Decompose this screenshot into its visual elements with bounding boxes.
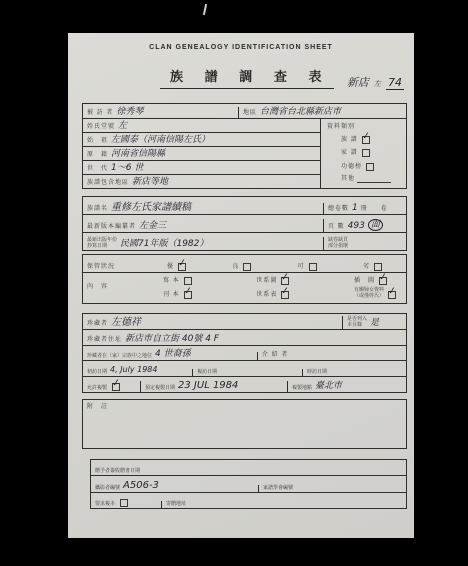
time-visit-cell: 時訪日期 — [302, 369, 406, 376]
category-family-genealogy-label: 家 譜 — [341, 150, 358, 157]
material-category-box: 資料類別 族 譜 ✓ 家 譜 ✓ 功德榜 ✓ 其他 — [320, 119, 406, 188]
condition-good-checkbox: ✓ — [243, 263, 251, 271]
donor-row: 贈予者簽收贈書日期 — [91, 460, 406, 476]
pages-value: 493 — [348, 221, 365, 231]
annotation-surname: 左 — [374, 80, 381, 88]
copy-date-label: 預定複製日期 — [145, 385, 175, 391]
interviewee-label: 被 訪 者 — [87, 110, 113, 117]
printed-label: 刊 本 — [163, 292, 180, 299]
volumes-unit-ce: 冊 — [361, 206, 368, 213]
owner-position-cell: 珍藏者在（家）宗族中之地位 4 世裔孫 — [83, 349, 257, 360]
owner-address-label: 珍藏者住址 — [87, 337, 122, 344]
check-icon: ✓ — [111, 378, 120, 390]
origin-label: 原 籍 — [87, 152, 108, 159]
lineage-table-checkbox: ✓ — [281, 291, 289, 299]
volumes-label: 總卷數 — [328, 206, 349, 213]
check-icon: ✓ — [361, 131, 370, 143]
photographer-number-label: 攝影者編號 — [95, 485, 120, 491]
pages-cell: 頁 數 493 面 — [323, 219, 406, 232]
copy-permission-row: 允許複製 ✓ 預定複製日期 23 JUL 1984 複製地點 臺北市 — [83, 377, 406, 392]
annotation-place: 新店 — [347, 76, 369, 89]
owner-address-value: 新店市自立街 40號 4 F — [125, 334, 219, 344]
category-other-label: 其他 — [341, 176, 355, 183]
owner-position-value: 4 世裔孫 — [155, 349, 191, 359]
first-ancestor-cell: 始 祖 左國泰（河南信陽左氏） — [83, 135, 213, 146]
society-number-label: 家譜學會編號 — [263, 485, 293, 491]
table-row: 族譜名 重修左氏家譜續稿 總卷數 1 冊 卷 — [83, 197, 406, 215]
table-row: 最新出版年份 抄寫日期 民國71年版（1982） 缺卷缺頁 部分損壞 — [83, 233, 406, 250]
owner-label: 珍藏者 — [87, 321, 108, 328]
copy-date-cell: 預定複製日期 23 JUL 1984 — [140, 381, 287, 392]
table-notes: 附 註 — [82, 399, 407, 449]
missing-pages-cell: 缺卷缺頁 部分損壞 — [323, 237, 406, 250]
compiler-cell: 最新版本編纂者 左金三 — [83, 221, 323, 232]
notes-label: 附 註 — [87, 404, 108, 411]
origin-cell: 原 籍 河南省信陽縣 — [83, 149, 168, 160]
women-data-checkbox: ✓ — [388, 291, 396, 299]
first-visit-label: 初訪日期 — [87, 369, 107, 375]
contents-label-cell: 內 容 — [83, 284, 163, 292]
request-copy-checkbox: ✓ — [120, 499, 128, 507]
generations-cell: 世 代 1～6 世 — [83, 163, 146, 174]
condition-excellent-label: 優 — [167, 264, 174, 271]
table-row: 最新版本編纂者 左金三 頁 數 493 面 — [83, 215, 406, 233]
surname-label: 姓氏堂號 — [87, 124, 115, 131]
condition-row: 保管狀況 優✓ 良✓ 可✓ 劣✓ — [83, 255, 406, 273]
check-icon: ✓ — [281, 272, 290, 284]
handwritten-file-annotation: 新店 左 74 — [347, 71, 404, 90]
check-icon: ✓ — [378, 272, 387, 284]
generations-label: 世 代 — [87, 166, 108, 173]
check-icon: ✓ — [281, 286, 290, 298]
pages-label: 頁 數 — [328, 224, 345, 231]
condition-poor-checkbox: ✓ — [374, 263, 382, 271]
copy-permission-label: 允許複製 — [87, 385, 107, 391]
owner-row: 珍藏者 左德祥 是否列入 本目錄 是 — [83, 314, 406, 330]
condition-label-cell: 保管狀況 — [83, 264, 163, 272]
genealogy-title-value: 重修左氏家譜續稿 — [111, 203, 191, 213]
photographer-number-cell: 攝影者編號 A506-3 — [91, 481, 258, 492]
table-row: 世 代 1～6 世 — [83, 161, 320, 175]
clan-genealogy-checkbox: ✓ — [362, 136, 370, 144]
listed-value: 是 — [370, 318, 379, 328]
owner-position-label: 珍藏者在（家）宗族中之地位 — [87, 353, 152, 359]
copy-date-value: 23 JUL 1984 — [178, 381, 238, 391]
region-cell: 地區 台灣省台北縣新店市 — [238, 107, 406, 118]
condition-poor-label: 劣 — [363, 264, 370, 271]
interviewee-cell: 被 訪 者 徐秀琴 — [83, 107, 238, 118]
volumes-unit-juan: 卷 — [381, 206, 388, 213]
table-clan-info: 被 訪 者 徐秀琴 地區 台灣省台北縣新店市 姓氏堂號 左 始 祖 — [82, 103, 407, 189]
owner-address-cell: 珍藏者住址 新店市自立街 40號 4 F — [83, 334, 222, 345]
condition-good-label: 良 — [232, 264, 239, 271]
table-owner-visits: 珍藏者 左德祥 是否列入 本目錄 是 珍藏者住址 新店市自立街 40號 4 F … — [82, 313, 407, 393]
merit-board-checkbox: ✓ — [366, 163, 374, 171]
manuscript-checkbox: ✓ — [184, 277, 192, 285]
area-covered-label: 族譜包含地區 — [87, 180, 129, 187]
table-row: 族譜包含地區 新店等地 — [83, 175, 320, 188]
table-edition-info: 族譜名 重修左氏家譜續稿 總卷數 1 冊 卷 最新版本編纂者 左金三 頁 數 4… — [82, 196, 407, 251]
illustrations-checkbox: ✓ — [379, 277, 387, 285]
category-merit-board-label: 功德榜 — [341, 164, 362, 171]
lineage-table-label: 世系表 — [256, 292, 277, 299]
owner-cell: 珍藏者 左德祥 — [83, 318, 342, 329]
genealogy-form-sheet: CLAN GENEALOGY IDENTIFICATION SHEET 族 譜 … — [68, 33, 414, 538]
genealogy-title-cell: 族譜名 重修左氏家譜續稿 — [83, 203, 323, 214]
condition-fair-label: 可 — [298, 264, 305, 271]
first-visit-cell: 初訪日期 4, July 1984 — [83, 365, 192, 376]
interviewee-value: 徐秀琴 — [116, 107, 143, 117]
form-title-english: CLAN GENEALOGY IDENTIFICATION SHEET — [68, 44, 414, 51]
copy-place-cell: 複製地點 臺北市 — [287, 381, 406, 392]
contents-label: 內 容 — [87, 284, 108, 291]
donor-date-cell: 贈予者簽收贈書日期 — [91, 468, 143, 475]
revisit-cell: 複訪日期 — [192, 369, 302, 376]
photo-of-document: { "photo": { "background": "#000000", "p… — [0, 0, 468, 566]
donor-date-label: 贈予者簽收贈書日期 — [95, 468, 140, 474]
origin-value: 河南省信陽縣 — [111, 149, 165, 159]
table-row: 原 籍 河南省信陽縣 — [83, 147, 320, 161]
mailing-address-label: 寄贈地址 — [166, 501, 186, 507]
first-visit-value: 4, July 1984 — [110, 365, 157, 375]
owner-value: 左德祥 — [111, 318, 141, 328]
request-copy-label: 要求複本 — [95, 501, 115, 507]
film-scratch-mark — [203, 4, 207, 15]
numbers-row: 攝影者編號 A506-3 家譜學會編號 — [91, 476, 406, 492]
listed-label-line2: 本目錄 — [347, 322, 367, 328]
compiler-label: 最新版本編纂者 — [87, 224, 136, 231]
illustrations-label: 插 圖 — [354, 278, 375, 285]
check-icon: ✓ — [183, 286, 192, 298]
surname-value: 左 — [118, 121, 127, 131]
mailing-address-cell: 寄贈地址 — [161, 501, 406, 508]
publication-year-value: 民國71年版（1982） — [120, 239, 208, 249]
region-value: 台灣省台北縣新店市 — [260, 107, 341, 117]
request-copy-row: 要求複本 ✓ 寄贈地址 — [91, 493, 406, 508]
table-admin: 贈予者簽收贈書日期 攝影者編號 A506-3 家譜學會編號 要求複本 ✓ 寄贈地… — [90, 459, 407, 509]
genealogy-title-label: 族譜名 — [87, 206, 108, 213]
listed-cell: 是否列入 本目錄 是 — [342, 316, 406, 329]
volumes-value: 1 — [352, 203, 358, 213]
lineage-chart-checkbox: ✓ — [281, 277, 289, 285]
table-row: 被 訪 者 徐秀琴 地區 台灣省台北縣新店市 — [83, 104, 406, 119]
category-clan-genealogy-label: 族 譜 — [341, 137, 358, 144]
introducer-cell: 介 紹 者 — [257, 352, 406, 360]
copy-place-value: 臺北市 — [315, 381, 342, 391]
annotation-number: 74 — [386, 76, 404, 90]
area-covered-cell: 族譜包含地區 新店等地 — [83, 177, 171, 188]
generations-value: 1～6 世 — [111, 163, 143, 173]
printed-checkbox: ✓ — [184, 291, 192, 299]
introducer-label: 介 紹 者 — [262, 352, 288, 359]
form-title-chinese: 族 譜 調 查 表 — [160, 66, 334, 89]
family-genealogy-checkbox: ✓ — [362, 149, 370, 157]
notes-cell: 附 註 — [83, 400, 111, 412]
volumes-cell: 總卷數 1 冊 卷 — [323, 203, 406, 214]
surname-cell: 姓氏堂號 左 — [83, 121, 130, 132]
copy-permission-cell: 允許複製 ✓ — [83, 383, 140, 392]
table-row: 始 祖 左國泰（河南信陽左氏） — [83, 133, 320, 147]
request-copy-cell: 要求複本 ✓ — [91, 499, 161, 508]
copy-date-label: 抄寫日期 — [87, 243, 117, 249]
table-row: 姓氏堂號 左 — [83, 119, 320, 133]
region-label: 地區 — [243, 110, 257, 117]
condition-excellent-checkbox: ✓ — [178, 263, 186, 271]
condition-fair-checkbox: ✓ — [309, 263, 317, 271]
first-ancestor-label: 始 祖 — [87, 138, 108, 145]
notes-row: 附 註 — [83, 400, 406, 448]
check-icon: ✓ — [177, 258, 186, 270]
revisit-label: 複訪日期 — [197, 369, 217, 375]
category-label: 資料類別 — [327, 124, 400, 131]
lineage-chart-label: 世系圖 — [256, 278, 277, 285]
women-data-sublabel: （或僅姓氏） — [354, 293, 384, 299]
other-blank-line — [357, 176, 391, 183]
society-number-cell: 家譜學會編號 — [258, 485, 406, 492]
area-covered-value: 新店等地 — [132, 177, 168, 187]
copy-place-label: 複製地點 — [292, 385, 312, 391]
compiler-value: 左金三 — [139, 221, 166, 231]
check-icon: ✓ — [387, 286, 396, 298]
photographer-number-value: A506-3 — [123, 481, 159, 491]
owner-position-row: 珍藏者在（家）宗族中之地位 4 世裔孫 介 紹 者 — [83, 346, 406, 362]
first-ancestor-value: 左國泰（河南信陽左氏） — [111, 135, 210, 145]
manuscript-label: 寫 本 — [163, 278, 180, 285]
condition-label: 保管狀況 — [87, 264, 115, 271]
publication-year-cell: 最新出版年份 抄寫日期 民國71年版（1982） — [83, 237, 323, 250]
copy-permission-checkbox: ✓ — [112, 383, 120, 391]
pages-unit: 面 — [368, 219, 383, 231]
partial-damage-label: 部分損壞 — [328, 243, 348, 249]
visit-dates-row: 初訪日期 4, July 1984 複訪日期 時訪日期 — [83, 361, 406, 377]
time-visit-label: 時訪日期 — [307, 369, 327, 375]
owner-address-row: 珍藏者住址 新店市自立街 40號 4 F — [83, 330, 406, 346]
contents-row: 內 容 寫 本✓ 刊 本✓ 世系圖✓ 世系表✓ 插 圖✓ 有關婦女資料（或僅姓氏… — [83, 273, 406, 303]
table-condition-contents: 保管狀況 優✓ 良✓ 可✓ 劣✓ 內 容 寫 本✓ 刊 本✓ 世系圖✓ 世系表✓ — [82, 254, 407, 304]
